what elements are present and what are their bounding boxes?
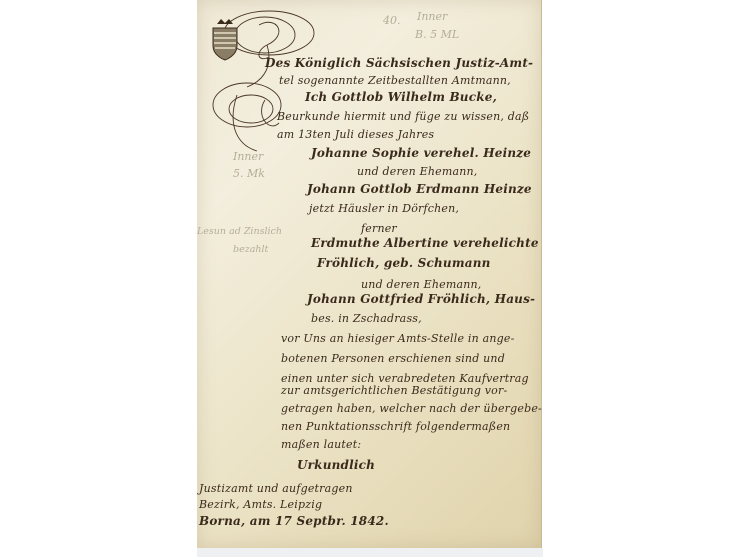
text-line: getragen haben, welcher nach der übergeb… [281,402,542,415]
archive-mark: B. 5 ML [415,28,459,41]
text-line: ferner [361,222,397,235]
text-line: tel sogenannte Zeitbestallten Amtmann, [279,74,511,87]
document-page: 40. Inner B. 5 ML Inner 5. Mk Lesun ad Z… [197,0,542,549]
text-line: Johann Gottfried Fröhlich, Haus- [307,292,535,306]
text-line: Johanne Sophie verehel. Heinze [311,146,531,160]
margin-note: Lesun ad Zinslich [197,226,282,237]
text-line: botenen Personen erschienen sind und [281,352,505,365]
archive-mark: Inner [417,10,447,23]
text-line: nen Punktationsschrift folgendermaßen [281,420,510,433]
margin-archive-mark: Inner [233,150,263,163]
closing-line: Justizamt und aufgetragen [199,482,353,495]
text-line: am 13ten Juli dieses Jahres [277,128,434,141]
text-line: und deren Ehemann, [361,278,482,291]
margin-archive-mark: 5. Mk [233,167,265,180]
text-line: bes. in Zschadrass, [311,312,422,325]
text-line: Erdmuthe Albertine verehelichte [311,236,539,250]
text-line: zur amtsgerichtlichen Bestätigung vor- [281,384,507,397]
closing-line: Borna, am 17 Septbr. 1842. [199,514,389,528]
scan-bottom-edge [197,548,543,557]
text-line: Beurkunde hiermit und füge zu wissen, da… [277,110,529,123]
section-heading: Urkundlich [297,458,375,472]
closing-line: Bezirk, Amts. Leipzig [199,498,322,511]
text-line: vor Uns an hiesiger Amts-Stelle in ange- [281,332,514,345]
saxon-coat-of-arms-icon [207,16,243,64]
text-line: maßen lautet: [281,438,361,451]
text-line: jetzt Häusler in Dörfchen, [309,202,459,215]
text-line: und deren Ehemann, [357,165,478,178]
margin-note: bezahlt [233,244,268,255]
text-line: Des Königlich Sächsischen Justiz-Amt- [265,56,533,70]
text-line: Fröhlich, geb. Schumann [317,256,491,270]
text-line: Ich Gottlob Wilhelm Bucke, [305,90,497,104]
text-line: Johann Gottlob Erdmann Heinze [307,182,532,196]
archive-mark: 40. [383,14,401,27]
